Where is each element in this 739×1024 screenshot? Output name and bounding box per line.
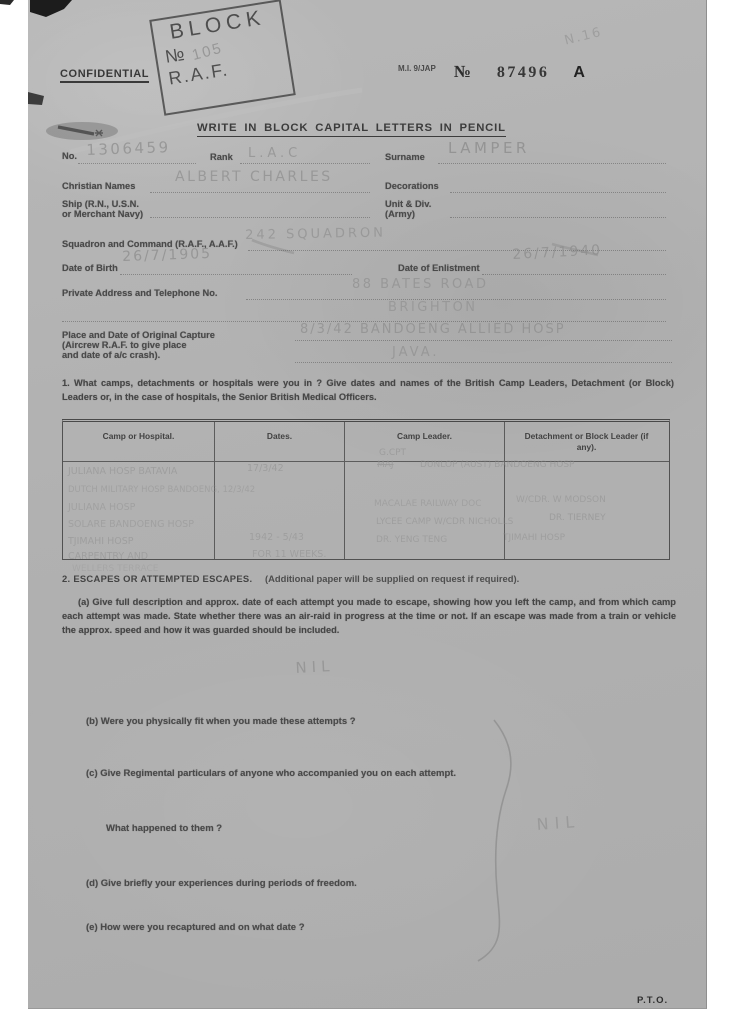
hw-nil-escapes: NIL [295,657,335,677]
hw-address-line1: 88 BATES ROAD [352,277,488,292]
hw-block-2: W/CDR. W MODSON [516,495,606,505]
hw-date-5: 1942 - 5/43 [249,532,304,543]
pencil-note-n16: N.16 [563,25,604,49]
hw-date-of-enlistment: 26/7/1940 [512,242,603,263]
hw-leader-1: DUNLOP (AUST) BANDOENG HOSP [420,460,574,470]
hw-address-line2: BRIGHTON [388,300,478,315]
hw-leader-4: DR. YENG TENG [376,535,447,545]
hw-surname: LAMPER [448,139,530,157]
hw-service-number: 1306459 [86,138,171,159]
hw-block-4: TJIMAHI HOSP [503,533,565,543]
hw-leader-rank-struck: MAJ [377,460,394,470]
hw-date-1: 17/3/42 [247,463,284,474]
hw-camp-3: JULIANA HOSP [68,502,135,513]
hw-camp-4: SOLARE BANDOENG HOSP [68,519,194,530]
hw-camp-2: DUTCH MILITARY HOSP BANDOENG, 12/3/42 [68,485,255,495]
hw-date-of-birth: 26/7/1905 [122,246,212,265]
hw-nil-happened: NIL [536,812,581,834]
hw-camp-6: CARPENTRY AND [68,551,148,562]
hw-date-6: FOR 11 WEEKS. [252,549,326,560]
hw-christian-names: ALBERT CHARLES [175,169,333,185]
hw-leader-3: LYCEE CAMP W/CDR NICHOLLS [376,517,513,527]
scanned-document-page: CONFIDENTIAL BLOCK № 105 R.A.F. M.I. 9/J… [0,0,739,1024]
hw-rank: L.A.C [248,146,301,161]
hw-camp-5: TJIMAHI HOSP [68,536,133,547]
form-content: CONFIDENTIAL BLOCK № 105 R.A.F. M.I. 9/J… [0,0,739,1024]
hw-camp-1: JULIANA HOSP BATAVIA [68,466,177,477]
hw-leader-2: MACALAE RAILWAY DOC [374,499,482,509]
hw-block-3: DR. TIERNEY [549,513,606,523]
handwriting-layer: N.161306459L.A.CLAMPERALBERT CHARLES242 … [0,0,739,1024]
hw-camp-7: WELLERS TERRACE [72,564,158,574]
hw-leader-rank: G.CPT [379,448,406,458]
hw-capture-line2: JAVA. [392,345,440,360]
hw-capture-line1: 8/3/42 BANDOENG ALLIED HOSP [300,322,566,337]
hw-squadron: 242 SQUADRON [245,226,386,243]
